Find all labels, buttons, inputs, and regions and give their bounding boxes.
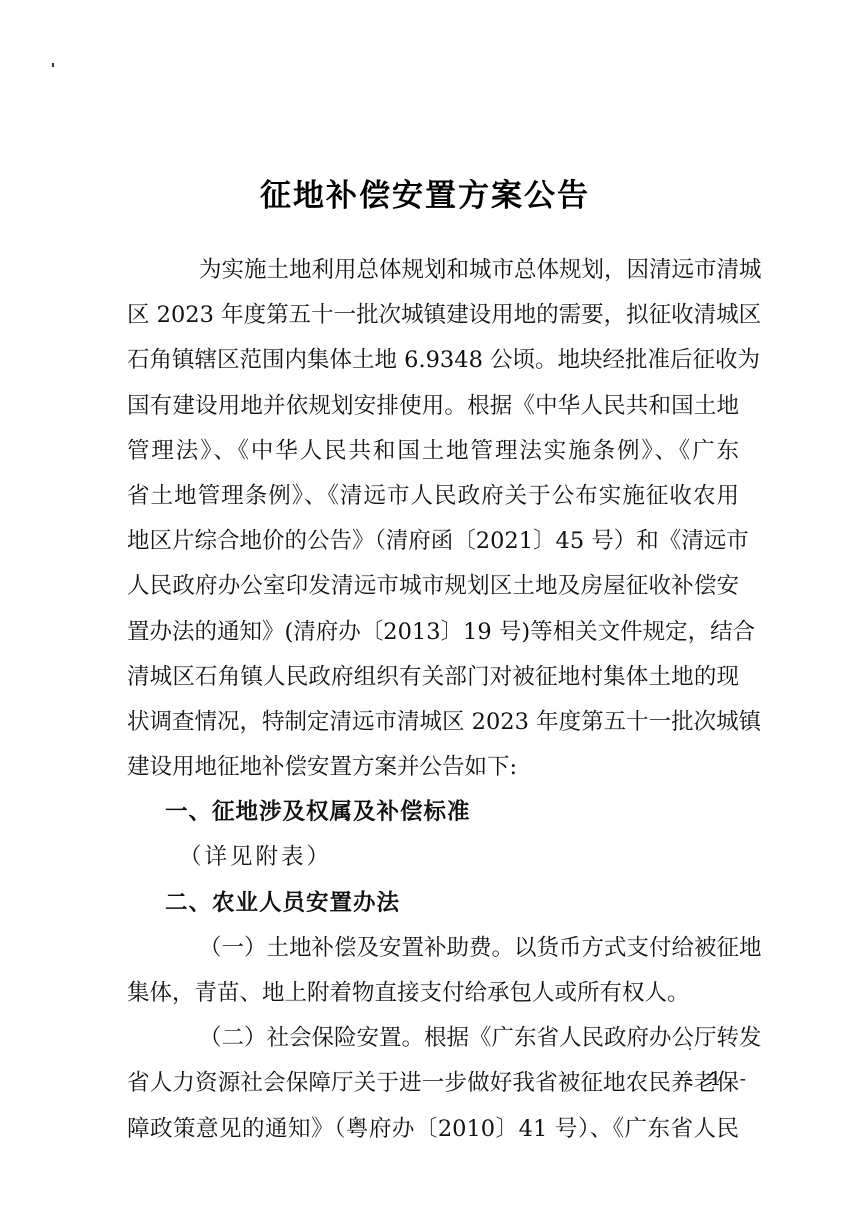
page-number: - 1 - (685, 1068, 752, 1090)
section-heading-1: 一、征地涉及权属及补偿标准 (127, 790, 739, 835)
paragraph-line: 管理法》、《中华人民共和国土地管理法实施条例》、《广东 (127, 429, 739, 474)
see-attachment-note: （详见附表） (127, 835, 739, 880)
paragraph-line: 集体，青苗、地上附着物直接支付给承包人或所有权人。 (127, 971, 739, 1016)
paragraph-line: 区 2023 年度第五十一批次城镇建设用地的需要，拟征收清城区 (127, 293, 739, 338)
paragraph-line: （一）土地补偿及安置补助费。以货币方式支付给被征地 (127, 926, 739, 971)
section-heading-2: 二、农业人员安置办法 (127, 881, 739, 926)
paragraph-line: 障政策意见的通知》（粤府办〔2010〕41 号）、《广东省人民 (127, 1107, 739, 1152)
paragraph-line: 省土地管理条例》、《清远市人民政府关于公布实施征收农用 (127, 474, 739, 519)
paragraph-line: 人民政府办公室印发清远市城市规划区土地及房屋征收补偿安 (127, 564, 739, 609)
paragraph-line: 地区片综合地价的公告》（清府函〔2021〕45 号）和《清远市 (127, 519, 739, 564)
paragraph-line: 状调查情况，特制定清远市清城区 2023 年度第五十一批次城镇 (127, 700, 739, 745)
paragraph-line: 国有建设用地并依规划安排使用。根据《中华人民共和国土地 (127, 384, 739, 429)
paragraph-line: 清城区石角镇人民政府组织有关部门对被征地村集体土地的现 (127, 655, 739, 700)
paragraph-line: 省人力资源社会保障厅关于进一步做好我省被征地农民养老保 (127, 1061, 739, 1106)
scan-speck (52, 63, 54, 67)
paragraph-line: 石角镇辖区范围内集体土地 6.9348 公顷。地块经批准后征收为 (127, 338, 739, 383)
paragraph-line: 置办法的通知》(清府办〔2013〕19 号)等相关文件规定，结合 (127, 610, 739, 655)
paragraph-line: 为实施土地利用总体规划和城市总体规划，因清远市清城 (127, 248, 739, 293)
document-title: 征地补偿安置方案公告 (0, 170, 850, 215)
document-body: 为实施土地利用总体规划和城市总体规划，因清远市清城 区 2023 年度第五十一批… (127, 248, 739, 1152)
paragraph-line: 建设用地征地补偿安置方案并公告如下: (127, 745, 739, 790)
paragraph-line: （二）社会保险安置。根据《广东省人民政府办公厅转发 (127, 1016, 739, 1061)
